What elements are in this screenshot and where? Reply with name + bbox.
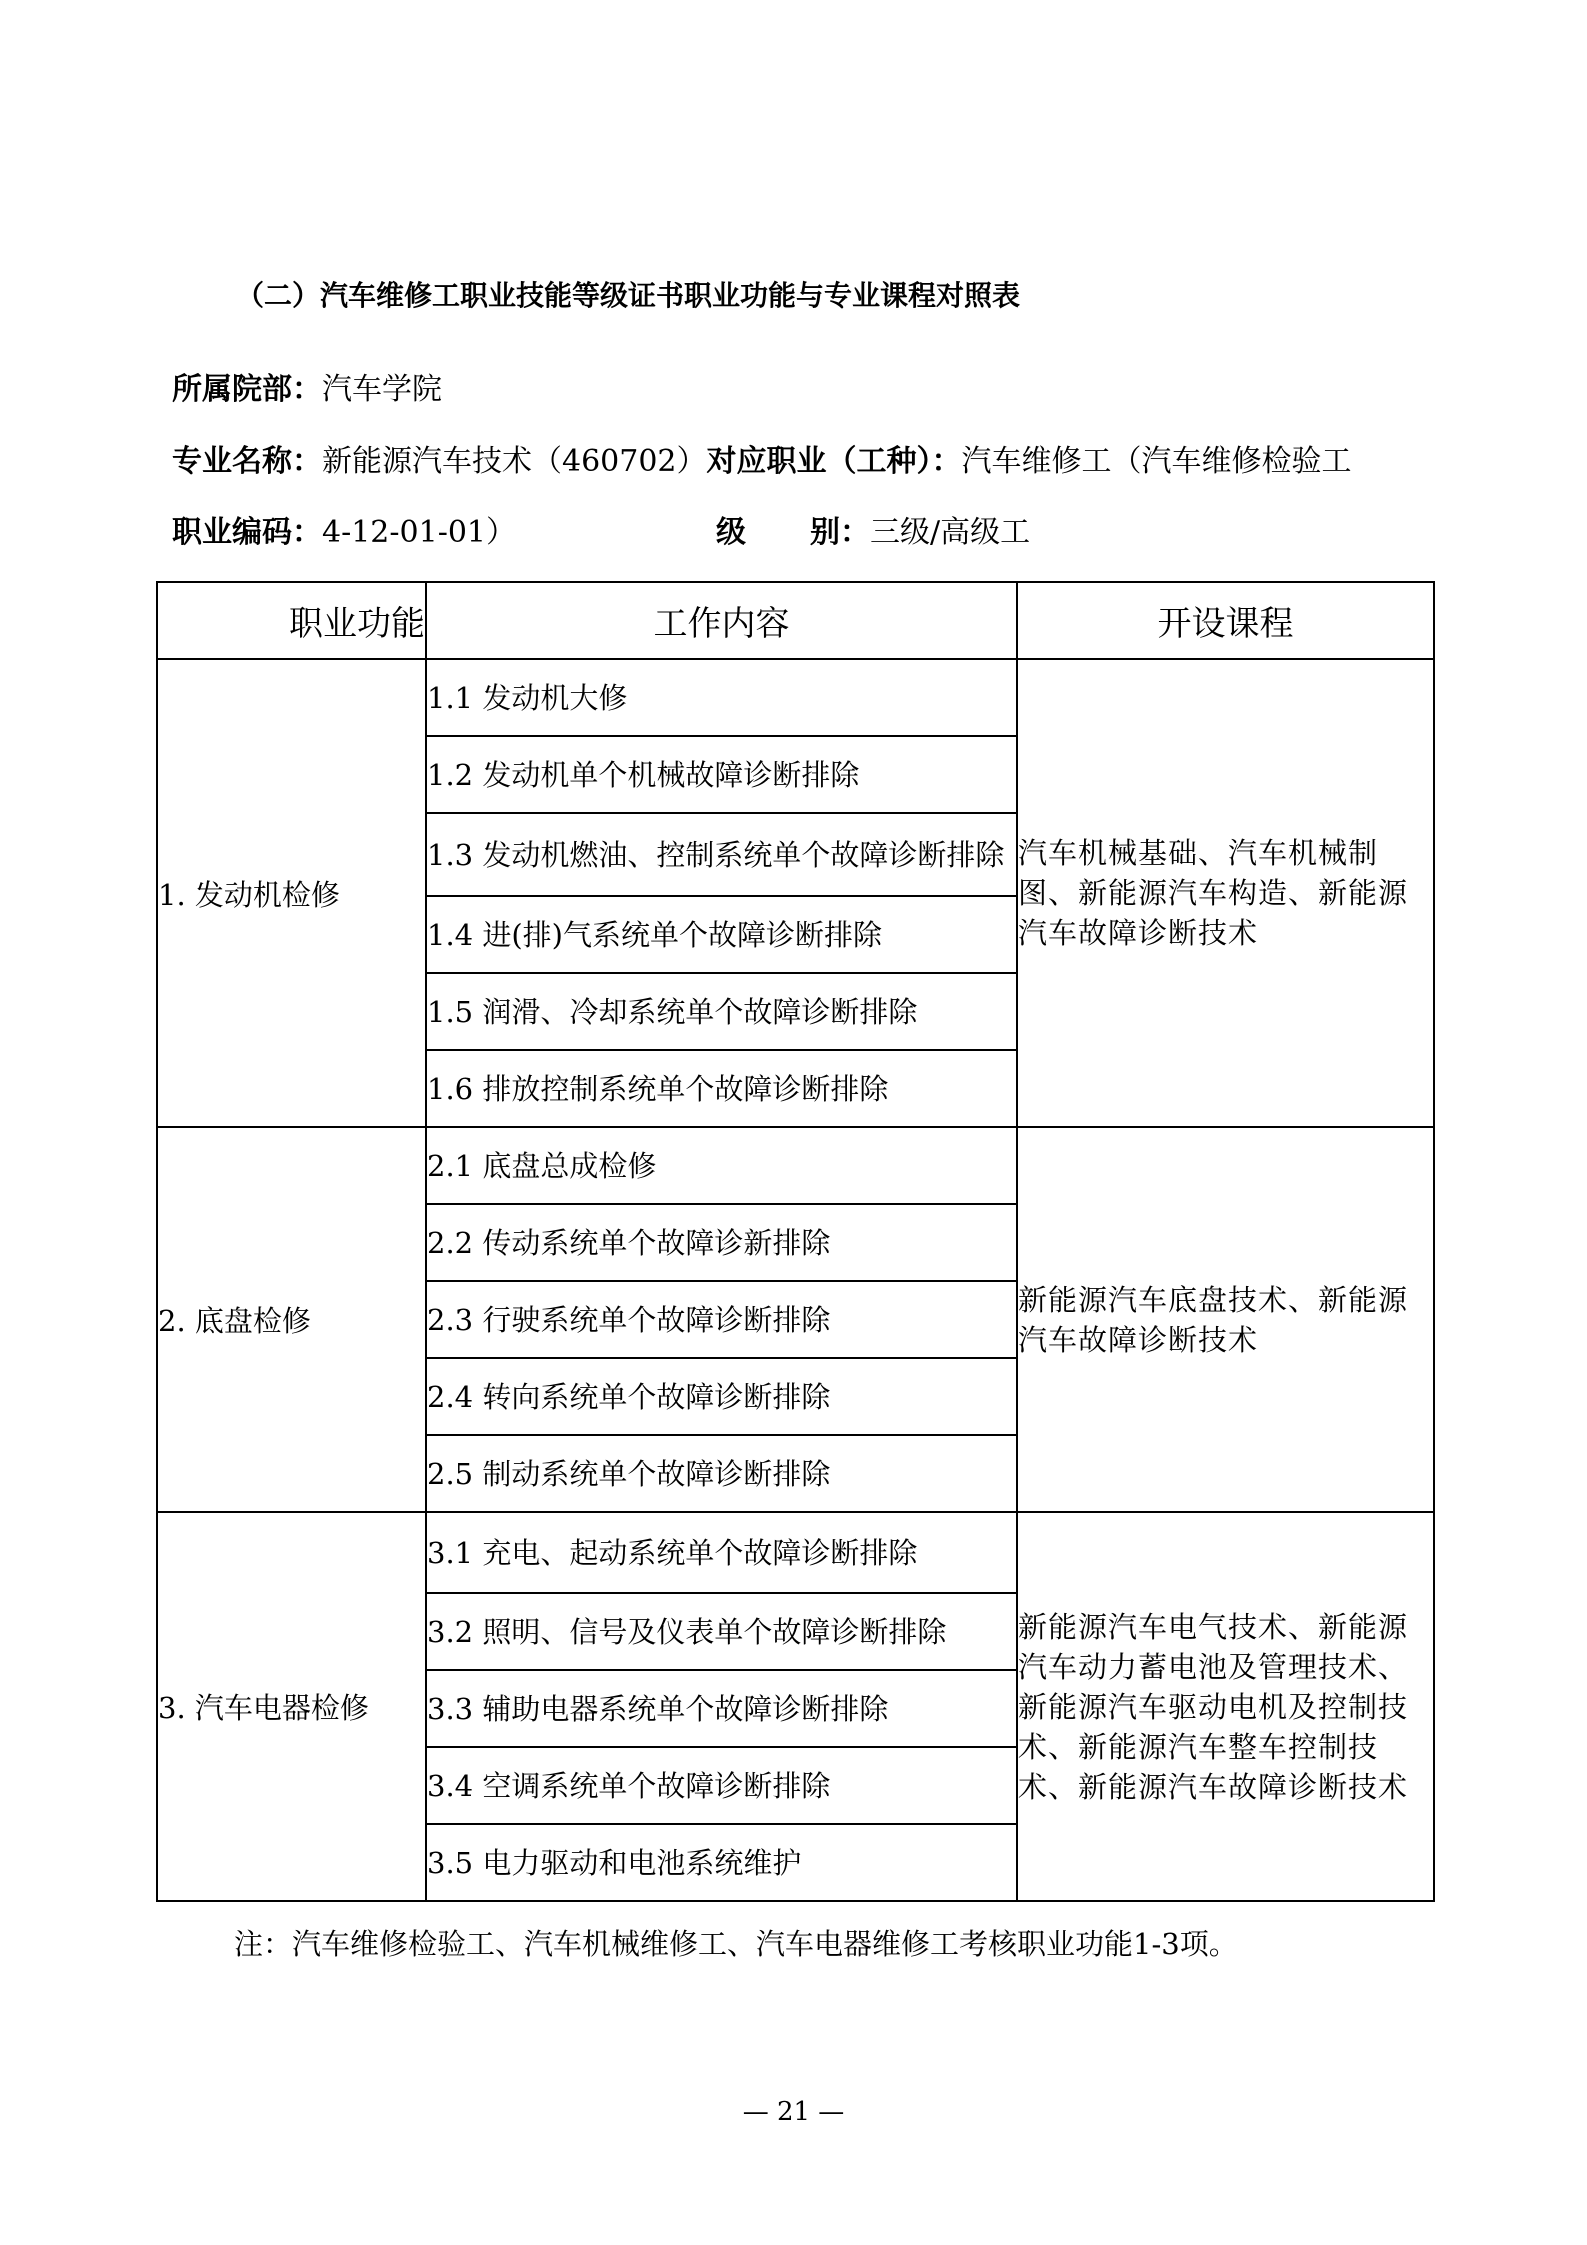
department-value: 汽车学院 xyxy=(322,372,442,407)
task-cell: 2.2 传动系统单个故障诊新排除 xyxy=(426,1204,1017,1281)
task-cell: 1.5 润滑、冷却系统单个故障诊断排除 xyxy=(426,973,1017,1050)
function-cell: 1. 发动机检修 xyxy=(157,659,426,1127)
header-function: 职业功能 xyxy=(157,582,426,659)
grade-value: 三级/高级工 xyxy=(870,515,1030,550)
major-value: 新能源汽车技术（460702） xyxy=(322,444,707,479)
header-courses: 开设课程 xyxy=(1017,582,1434,659)
task-cell: 2.3 行驶系统单个故障诊断排除 xyxy=(426,1281,1017,1358)
task-cell: 3.3 辅助电器系统单个故障诊断排除 xyxy=(426,1670,1017,1747)
task-cell: 2.4 转向系统单个故障诊断排除 xyxy=(426,1358,1017,1435)
courses-cell: 汽车机械基础、汽车机械制图、新能源汽车构造、新能源汽车故障诊断技术 xyxy=(1017,659,1434,1127)
function-cell: 2. 底盘检修 xyxy=(157,1127,426,1512)
grade-label-1: 级 xyxy=(716,515,746,550)
major-label: 专业名称： xyxy=(172,444,322,479)
task-cell: 2.5 制动系统单个故障诊断排除 xyxy=(426,1435,1017,1512)
task-cell: 1.4 进(排)气系统单个故障诊断排除 xyxy=(426,896,1017,973)
table-note: 注：汽车维修检验工、汽车机械维修工、汽车电器维修工考核职业功能1-3项。 xyxy=(234,1922,1238,1963)
courses-cell: 新能源汽车电气技术、新能源汽车动力蓄电池及管理技术、新能源汽车驱动电机及控制技术… xyxy=(1017,1512,1434,1901)
major-line: 专业名称：新能源汽车技术（460702）对应职业（工种）：汽车维修工（汽车维修检… xyxy=(172,444,1352,480)
task-cell: 3.1 充电、起动系统单个故障诊断排除 xyxy=(426,1512,1017,1593)
function-cell: 3. 汽车电器检修 xyxy=(157,1512,426,1901)
occupation-label: 对应职业（工种）： xyxy=(707,444,962,479)
occupation-value: 汽车维修工（汽车维修检验工 xyxy=(962,444,1352,479)
page-number: — 21 — xyxy=(0,2097,1587,2127)
task-cell: 1.3 发动机燃油、控制系统单个故障诊断排除 xyxy=(426,813,1017,896)
table-header-row: 职业功能 工作内容 开设课程 xyxy=(157,582,1434,659)
grade-label-2: 别： xyxy=(810,515,870,550)
department-label: 所属院部： xyxy=(172,372,322,407)
task-cell: 2.1 底盘总成检修 xyxy=(426,1127,1017,1204)
page-title: （二）汽车维修工职业技能等级证书职业功能与专业课程对照表 xyxy=(236,274,1020,314)
table-row: 1. 发动机检修 1.1 发动机大修 汽车机械基础、汽车机械制图、新能源汽车构造… xyxy=(157,659,1434,736)
task-cell: 3.5 电力驱动和电池系统维护 xyxy=(426,1824,1017,1901)
task-cell: 3.4 空调系统单个故障诊断排除 xyxy=(426,1747,1017,1824)
task-cell: 1.2 发动机单个机械故障诊断排除 xyxy=(426,736,1017,813)
department-line: 所属院部：汽车学院 xyxy=(172,372,442,408)
task-cell: 1.6 排放控制系统单个故障诊断排除 xyxy=(426,1050,1017,1127)
code-label: 职业编码： xyxy=(172,515,322,550)
header-work-content: 工作内容 xyxy=(426,582,1017,659)
task-cell: 3.2 照明、信号及仪表单个故障诊断排除 xyxy=(426,1593,1017,1670)
task-cell: 1.1 发动机大修 xyxy=(426,659,1017,736)
code-line: 职业编码：4-12-01-01） 级别：三级/高级工 xyxy=(172,515,516,551)
mapping-table: 职业功能 工作内容 开设课程 1. 发动机检修 1.1 发动机大修 汽车机械基础… xyxy=(156,581,1435,1902)
code-value: 4-12-01-01） xyxy=(322,515,516,550)
table-row: 2. 底盘检修 2.1 底盘总成检修 新能源汽车底盘技术、新能源汽车故障诊断技术 xyxy=(157,1127,1434,1204)
table-row: 3. 汽车电器检修 3.1 充电、起动系统单个故障诊断排除 新能源汽车电气技术、… xyxy=(157,1512,1434,1593)
courses-cell: 新能源汽车底盘技术、新能源汽车故障诊断技术 xyxy=(1017,1127,1434,1512)
grade-field: 级别：三级/高级工 xyxy=(716,515,1030,551)
